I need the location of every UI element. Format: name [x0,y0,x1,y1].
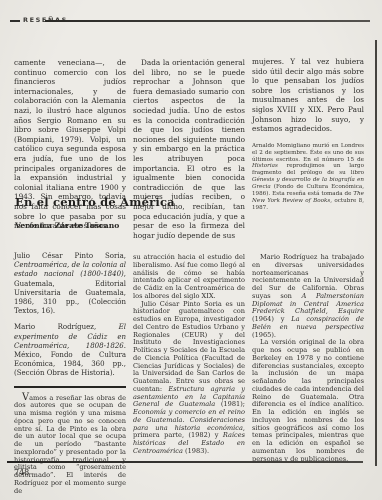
centroamerica-review-column-3: Mario Rodríguez ha trabajado en diversas… [252,254,364,463]
review-paragraph: La versión original de la obra que nos o… [252,339,364,463]
johnson-review-column-3: mujeres. Y tal vez hubiera sido útil dec… [252,57,364,212]
johnson-review-column-2: Dada la orientación general del libro, n… [133,58,245,240]
footer-rule [7,461,363,463]
editorial-note: Arnaldo Momigliano murió en Londres el 2… [252,143,364,212]
header-rule-left [10,20,20,22]
bibliography-entry-rodriguez: Mario Rodríguez, El experimento de Cádiz… [14,323,126,378]
review-paragraph: Mario Rodríguez ha trabajado en diversas… [252,254,364,339]
page-edge-line [375,40,377,466]
review-paragraph: su atracción hacia el estudio del libera… [133,254,245,301]
review-paragraph: Julio César Pinto Soria es un historiado… [133,301,245,456]
bibliography-entry-pinto: Julio César Pinto Soria, Centroamérica, … [14,252,126,316]
article-title: En el centro de América [15,195,175,209]
header-rule-right [45,20,370,22]
review-paragraph: mujeres. Y tal vez hubiera sido útil dec… [252,57,364,134]
centroamerica-review-column-2: su atracción hacia el estudio del libera… [133,254,245,456]
centroamerica-review-column-1: Julio César Pinto Soria, Centroamérica, … [14,252,126,495]
scanned-page: RESEÑAS camente veneciana—, de continuo … [0,0,382,500]
review-paragraph: Vamos a reseñar las obras de dos autores… [14,394,126,496]
article-author: Verónica Zárate Toscano [15,221,119,230]
review-paragraph: Dada la orientación general del libro, n… [133,58,245,240]
page-number: 748 [14,468,29,477]
section-divider [14,386,126,388]
